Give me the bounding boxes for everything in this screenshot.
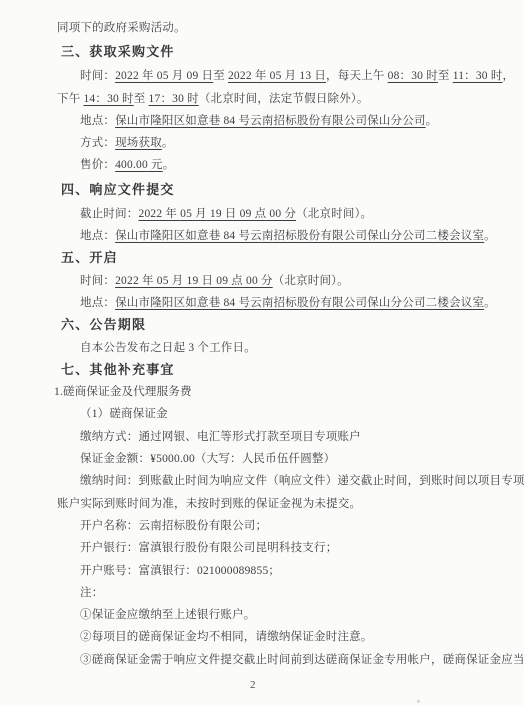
place-value: 保山市隆阳区如意巷 84 号云南招标股份有限公司保山分公司二楼会议室 (115, 297, 484, 309)
text-run: 。 (162, 137, 174, 149)
intro-line: 同项下的政府采购活动。 (57, 17, 484, 39)
text-run: 。 (484, 297, 496, 309)
section-4-heading: 四、响应文件提交 (57, 177, 484, 203)
s7-pay-method-line: 缴纳方式：通过网银、电汇等形式打款至项目专项账户 (57, 426, 484, 448)
text-run: （北京时间，法定节假日除外）。 (199, 93, 369, 105)
s3-method-line: 方式：现场获取。 (57, 132, 484, 154)
place-label: 地点： (80, 115, 115, 127)
text-run: ， (503, 70, 515, 82)
s7-bank-line: 开户银行：富滇银行股份有限公司昆明科技支行； (57, 537, 484, 559)
afternoon-end-time: 17：30 时 (149, 93, 199, 105)
s7-sub1-line: （1）磋商保证金 (57, 403, 484, 425)
s4-deadline-line: 截止时间：2022 年 05 月 19 日 09 点 00 分（北京时间）。 (57, 203, 484, 225)
price-label: 售价： (80, 159, 115, 171)
text-run: 至 (134, 93, 149, 105)
deadline-label: 截止时间： (80, 208, 139, 220)
s4-place-line: 地点：保山市隆阳区如意巷 84 号云南招标股份有限公司保山分公司二楼会议室。 (57, 225, 484, 247)
document-page: 同项下的政府采购活动。 三、获取采购文件 时间：2022 年 05 月 09 日… (0, 0, 524, 706)
time-label: 时间： (80, 275, 115, 287)
scan-artifact: ٭ (416, 696, 421, 706)
morning-start-time: 08：30 时 (388, 70, 438, 82)
morning-end-time: 11：30 时 (453, 70, 503, 82)
text-run: ，每天上午 (326, 70, 388, 82)
place-value: 保山市隆阳区如意巷 84 号云南招标股份有限公司保山分公司二楼会议室 (115, 230, 484, 242)
text-run: 下午 (57, 93, 83, 105)
s7-note-label-line: 注： (57, 582, 484, 604)
s3-place-line: 地点：保山市隆阳区如意巷 84 号云南招标股份有限公司保山分公司。 (57, 110, 484, 132)
date-start-value: 2022 年 05 月 09 日 (115, 70, 213, 82)
open-time-value: 2022 年 05 月 19 日 09 点 00 分 (115, 275, 273, 287)
s3-time-line: 时间：2022 年 05 月 09 日至 2022 年 05 月 13 日，每天… (57, 65, 484, 87)
method-label: 方式： (80, 137, 115, 149)
text-run: 。 (163, 159, 175, 171)
text-run: （北京时间）。 (296, 208, 372, 220)
place-value: 保山市隆阳区如意巷 84 号云南招标股份有限公司保山分公司 (115, 115, 426, 127)
section-6-heading: 六、公告期限 (57, 314, 484, 336)
time-label: 时间： (80, 70, 115, 82)
text-run: 。 (484, 230, 496, 242)
text-run: 至 (438, 70, 453, 82)
page-number: 2 (250, 679, 256, 691)
s7-account-name-line: 开户名称：云南招标股份有限公司； (57, 515, 484, 537)
date-end-value: 2022 年 05 月 13 日 (228, 70, 326, 82)
s7-item1-line: 1.磋商保证金及代理服务费 (54, 381, 484, 403)
s3-price-line: 售价：400.00 元。 (57, 154, 484, 176)
text-run: （北京时间）。 (273, 275, 349, 287)
s7-amount-line: 保证金金额：¥5000.00（大写：人民币伍仟圆整） (57, 448, 484, 470)
s3-time-line-2: 下午 14：30 时至 17：30 时（北京时间，法定节假日除外）。 (57, 88, 484, 110)
s5-place-line: 地点：保山市隆阳区如意巷 84 号云南招标股份有限公司保山分公司二楼会议室。 (57, 292, 484, 314)
s7-note1-line: ①保证金应缴纳至上述银行账户。 (57, 604, 484, 626)
s7-note3-line: ③磋商保证金需于响应文件提交截止时间前到达磋商保证金专用帐户，磋商保证金应当 (57, 649, 484, 671)
s5-time-line: 时间：2022 年 05 月 19 日 09 点 00 分（北京时间）。 (57, 270, 484, 292)
deadline-value: 2022 年 05 月 19 日 09 点 00 分 (139, 208, 297, 220)
section-7-heading: 七、其他补充事宜 (57, 359, 484, 381)
s7-pay-time-line-1: 缴纳时间：到账截止时间为响应文件（响应文件）递交截止时间，到账时间以项目专项 (57, 470, 484, 492)
section-3-heading: 三、获取采购文件 (57, 39, 484, 65)
place-label: 地点： (80, 230, 115, 242)
text-run: 至 (213, 70, 228, 82)
s7-pay-time-line-2: 账户实际到账时间为准，未按时到账的保证金视为未提交。 (57, 493, 484, 515)
s7-note2-line: ②每项目的磋商保证金均不相同，请缴纳保证金时注意。 (57, 626, 484, 648)
s6-body-line: 自本公告发布之日起 3 个工作日。 (57, 337, 484, 359)
text-run: 。 (426, 115, 438, 127)
s7-account-no-line: 开户账号：富滇银行：021000089855； (57, 560, 484, 582)
document-content: 同项下的政府采购活动。 三、获取采购文件 时间：2022 年 05 月 09 日… (57, 17, 484, 671)
place-label: 地点： (80, 297, 115, 309)
method-value: 现场获取 (115, 137, 162, 149)
section-5-heading: 五、开启 (57, 247, 484, 269)
price-value: 400.00 元 (115, 159, 163, 171)
afternoon-start-time: 14：30 时 (83, 93, 133, 105)
